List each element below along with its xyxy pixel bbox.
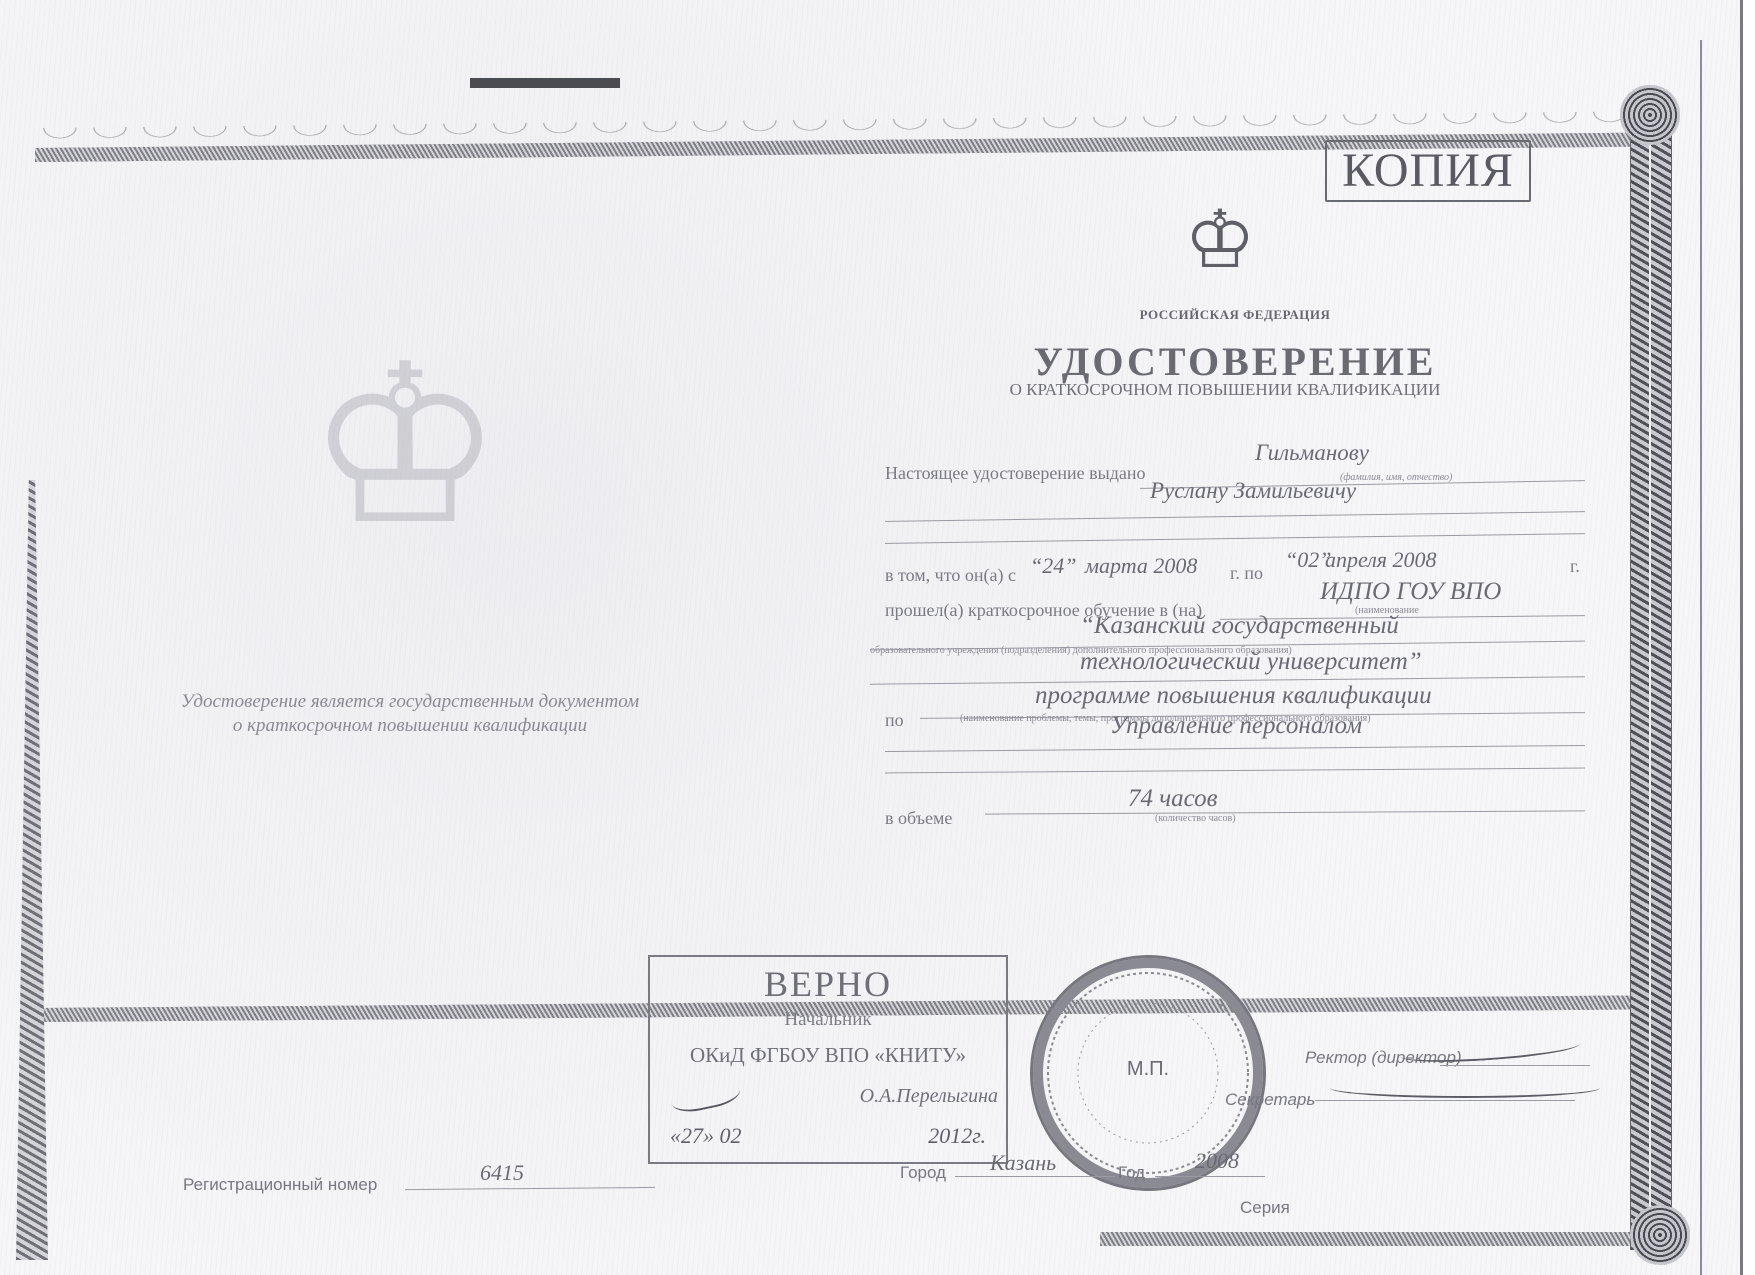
ornamental-border-right: [1630, 100, 1672, 1250]
year-label: Год: [1118, 1163, 1145, 1183]
secretary-signature: [1330, 1078, 1600, 1098]
document-title: УДОСТОВЕРЕНИЕ: [1010, 338, 1460, 385]
program-line2: Управление персоналом: [1110, 712, 1362, 740]
surname-value: Гильманову: [1255, 440, 1369, 466]
to-label: г. по: [1230, 563, 1263, 584]
handwritten-signature: [667, 1070, 742, 1116]
start-month-year: марта 2008: [1085, 553, 1197, 579]
volume-label: в объеме: [885, 808, 952, 829]
underline: [1440, 1065, 1590, 1066]
year-value: 2008: [1195, 1148, 1239, 1174]
start-day: “24”: [1030, 553, 1076, 579]
copy-stamp: КОПИЯ: [1325, 140, 1531, 202]
volume-value: 74 часов: [1128, 785, 1218, 813]
underline: [1315, 1100, 1575, 1101]
country-name: РОССИЙСКАЯ ФЕДЕРАЦИЯ: [1120, 307, 1350, 323]
registration-number-label: Регистрационный номер: [183, 1175, 377, 1195]
page-edge: [1700, 40, 1702, 1275]
period-prefix: в том, что он(а) с: [885, 565, 1016, 586]
institution-line1: ИДПО ГОУ ВПО: [1320, 578, 1501, 606]
left-caption-line2: о краткосрочном повышении квалификации: [120, 714, 700, 738]
rosette-ornament-icon: [1630, 1205, 1690, 1265]
verified-stamp-year: 2012г.: [928, 1123, 986, 1149]
underline: [1155, 1176, 1265, 1177]
scanner-margin: [1740, 0, 1755, 1275]
city-label: Город: [900, 1163, 946, 1183]
rosette-ornament-icon: [1620, 85, 1680, 145]
issued-to-label: Настоящее удостоверение выдано: [885, 463, 1145, 484]
secretary-label: Секретарь: [1225, 1090, 1315, 1110]
given-names-value: Руслану Замильевичу: [1150, 478, 1356, 504]
left-caption-line1: Удостоверение является государственным д…: [120, 690, 700, 714]
verified-stamp-name: О.А.Перелыгина: [860, 1085, 998, 1108]
verified-stamp-title: ВЕРНО: [650, 963, 1006, 1005]
scan-artifact: [470, 78, 620, 88]
coat-of-arms-icon: ♔: [1175, 190, 1265, 290]
seal-center-text: М.П.: [1033, 1058, 1263, 1081]
series-label: Серия: [1240, 1198, 1290, 1218]
document-subtitle: О КРАТКОСРОЧНОМ ПОВЫШЕНИИ КВАЛИФИКАЦИИ: [955, 380, 1495, 400]
name-hint: (фамилия, имя, отчество): [1340, 472, 1452, 483]
program-line1: программе повышения квалификации: [1035, 682, 1432, 710]
volume-hint: (количество часов): [1155, 813, 1236, 824]
left-caption: Удостоверение является государственным д…: [120, 690, 700, 738]
verified-stamp-role: Начальник: [650, 1009, 1006, 1031]
institution-line2: “Казанский государственный: [1080, 612, 1399, 640]
verified-stamp: ВЕРНО Начальник ОКиД ФГБОУ ВПО «КНИТУ» О…: [648, 955, 1008, 1164]
underline: [955, 1176, 1115, 1177]
ornamental-border-bottom: [1100, 1232, 1640, 1246]
institution-line3: технологический университет”: [1080, 648, 1422, 676]
program-prefix: по: [885, 710, 904, 731]
verified-stamp-date: «27» 02: [670, 1123, 742, 1149]
coat-of-arms-watermark-icon: ♔: [270, 320, 540, 570]
registration-number-value: 6415: [480, 1160, 524, 1186]
end-month-year: апреля 2008: [1325, 547, 1437, 573]
year-suffix: г.: [1570, 556, 1580, 577]
city-value: Казань: [990, 1150, 1056, 1176]
verified-stamp-org: ОКиД ФГБОУ ВПО «КНИТУ»: [650, 1043, 1006, 1068]
